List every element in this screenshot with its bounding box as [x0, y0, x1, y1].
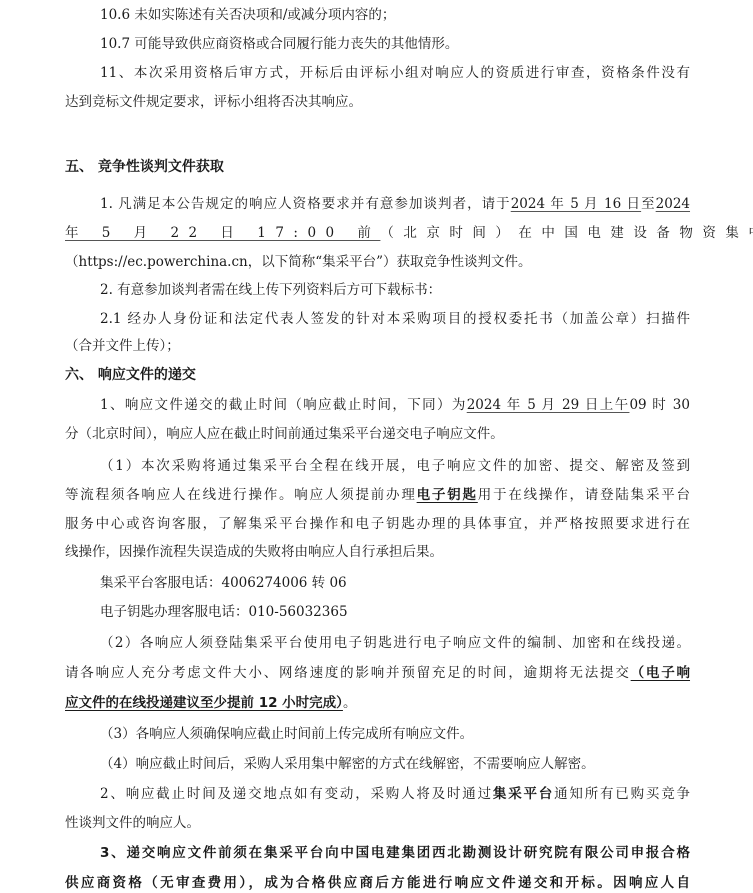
s6-p1-1-line-4: 线操作，因操作流程失误造成的失败将由响应人自行承担后果。 [65, 541, 690, 563]
s6-p1-1-line-2: 等流程须各响应人在线进行操作。响应人须提前办理电子钥匙用于在线操作，请登陆集采平… [65, 484, 690, 506]
s5-p1-to: 至 [641, 196, 656, 212]
clause-10-7: 10.7 可能导致供应商资格或合同履行能力丧失的其他情形。 [100, 33, 690, 55]
s6-p3-line-2: 供应商资格（无审查费用），成为合格供应商后方能进行响应文件递交和开标。因响应人自 [65, 872, 690, 893]
s5-p1-text: 1. 凡满足本公告规定的响应人资格要求并有意参加谈判者，请于 [100, 196, 511, 212]
key-hotline: 电子钥匙办理客服电话：010-56032365 [100, 601, 690, 623]
submission-advice-cont: 应文件的在线投递建议至少提前 12 小时完成） [65, 695, 343, 711]
deadline-date: 2024 年 5 月 29 日上午 [467, 397, 630, 413]
platform-url-text: （https://ec.powerchina.cn，以下简称“集采平台”）获取竞… [65, 254, 532, 270]
s6-p2-text-2: 通知所有已购买竞争 [554, 786, 690, 802]
platform-name-bold: 集采平台 [493, 786, 554, 802]
electronic-key-link: 电子钥匙 [417, 487, 478, 503]
s6-p1-1-line-3: 服务中心或咨询客服，了解集采平台操作和电子钥匙办理的具体事宜，并严格按照要求进行… [65, 513, 690, 535]
section-6-heading: 六、 响应文件的递交 [65, 364, 690, 386]
s6-p1-line-2: 分（北京时间），响应人应在截止时间前通过集采平台递交电子响应文件。 [65, 423, 690, 445]
s6-p1-3: （3）各响应人须确保响应截止时间前上传完成所有响应文件。 [100, 723, 690, 745]
s6-p1-line-1: 1、响应文件递交的截止时间（响应截止时间，下同）为2024 年 5 月 29 日… [100, 394, 690, 416]
deadline-time: 09 时 30 [629, 397, 690, 413]
s5-p1-line-2: 年 5 月 22 日 17:00 前（北京时间）在中国电建设备物资集中采购平台 [65, 222, 690, 244]
s6-p3-line-1: 3、递交响应文件前须在集采平台向中国电建集团西北勘测设计研究院有限公司申报合格 [100, 842, 690, 864]
s6-p1-4: （4）响应截止时间后，采购人采用集中解密的方式在线解密，不需要响应人解密。 [100, 753, 690, 775]
s5-p1-line-3: （https://ec.powerchina.cn，以下简称“集采平台”）获取竞… [65, 251, 690, 273]
s5-p2-1-line-2: （合并文件上传）； [65, 335, 690, 357]
document-page: 10.6 未如实陈述有关否决项和/或减分项内容的； 10.7 可能导致供应商资格… [0, 0, 753, 893]
s5-p2-1-line-1: 2.1 经办人身份证和法定代表人签发的针对本采购项目的授权委托书（加盖公章）扫描… [100, 308, 690, 330]
clause-11-line-2: 达到竞标文件规定要求，评标小组将否决其响应。 [65, 91, 690, 113]
clause-11-line-1: 11、本次采用资格后审方式，开标后由评标小组对响应人的资质进行审查，资格条件没有 [100, 62, 690, 84]
s6-p1-1-text-2: 用于在线操作，请登陆集采平台 [478, 487, 690, 503]
end-date-time: 年 5 月 22 日 17:00 前 [65, 225, 380, 241]
s6-p1-2-line-2: 请各响应人充分考虑文件大小、网络速度的影响并预留充足的时间，逾期将无法提交（电子… [65, 662, 690, 684]
s6-p2-line-2: 性谈判文件的响应人。 [65, 812, 690, 834]
s5-p2: 2. 有意参加谈判者需在线上传下列资料后方可下载标书： [100, 279, 690, 301]
s6-p2-text: 2、响应截止时间及递交地点如有变动，采购人将及时通过 [100, 786, 493, 802]
clause-10-6: 10.6 未如实陈述有关否决项和/或减分项内容的； [100, 4, 690, 26]
s6-p2-line-1: 2、响应截止时间及递交地点如有变动，采购人将及时通过集采平台通知所有已购买竞争 [100, 783, 690, 805]
start-date: 2024 年 5 月 16 日 [511, 196, 641, 212]
s6-p1-1-text: 等流程须各响应人在线进行操作。响应人须提前办理 [65, 487, 417, 503]
end-date-year: 2024 [656, 196, 690, 212]
s6-p1-1-line-1: （1）本次采购将通过集采平台全程在线开展，电子响应文件的加密、提交、解密及签到 [100, 455, 690, 477]
s6-p1-2-text: 请各响应人充分考虑文件大小、网络速度的影响并预留充足的时间，逾期将无法提交 [65, 665, 631, 681]
s6-p1-text: 1、响应文件递交的截止时间（响应截止时间，下同）为 [100, 397, 467, 413]
section-5-heading: 五、 竞争性谈判文件获取 [65, 156, 690, 178]
platform-hotline: 集采平台客服电话：4006274006 转 06 [100, 572, 690, 594]
period: 。 [343, 695, 357, 711]
submission-advice: （电子响 [631, 665, 690, 681]
s6-p1-2-line-3: 应文件的在线投递建议至少提前 12 小时完成）。 [65, 692, 690, 714]
s5-p1-line-1: 1. 凡满足本公告规定的响应人资格要求并有意参加谈判者，请于2024 年 5 月… [100, 193, 690, 215]
s5-p1-platform: （北京时间）在中国电建设备物资集中采购平台 [380, 225, 753, 241]
s6-p1-2-line-1: （2）各响应人须登陆集采平台使用电子钥匙进行电子响应文件的编制、加密和在线投递。 [100, 632, 690, 654]
